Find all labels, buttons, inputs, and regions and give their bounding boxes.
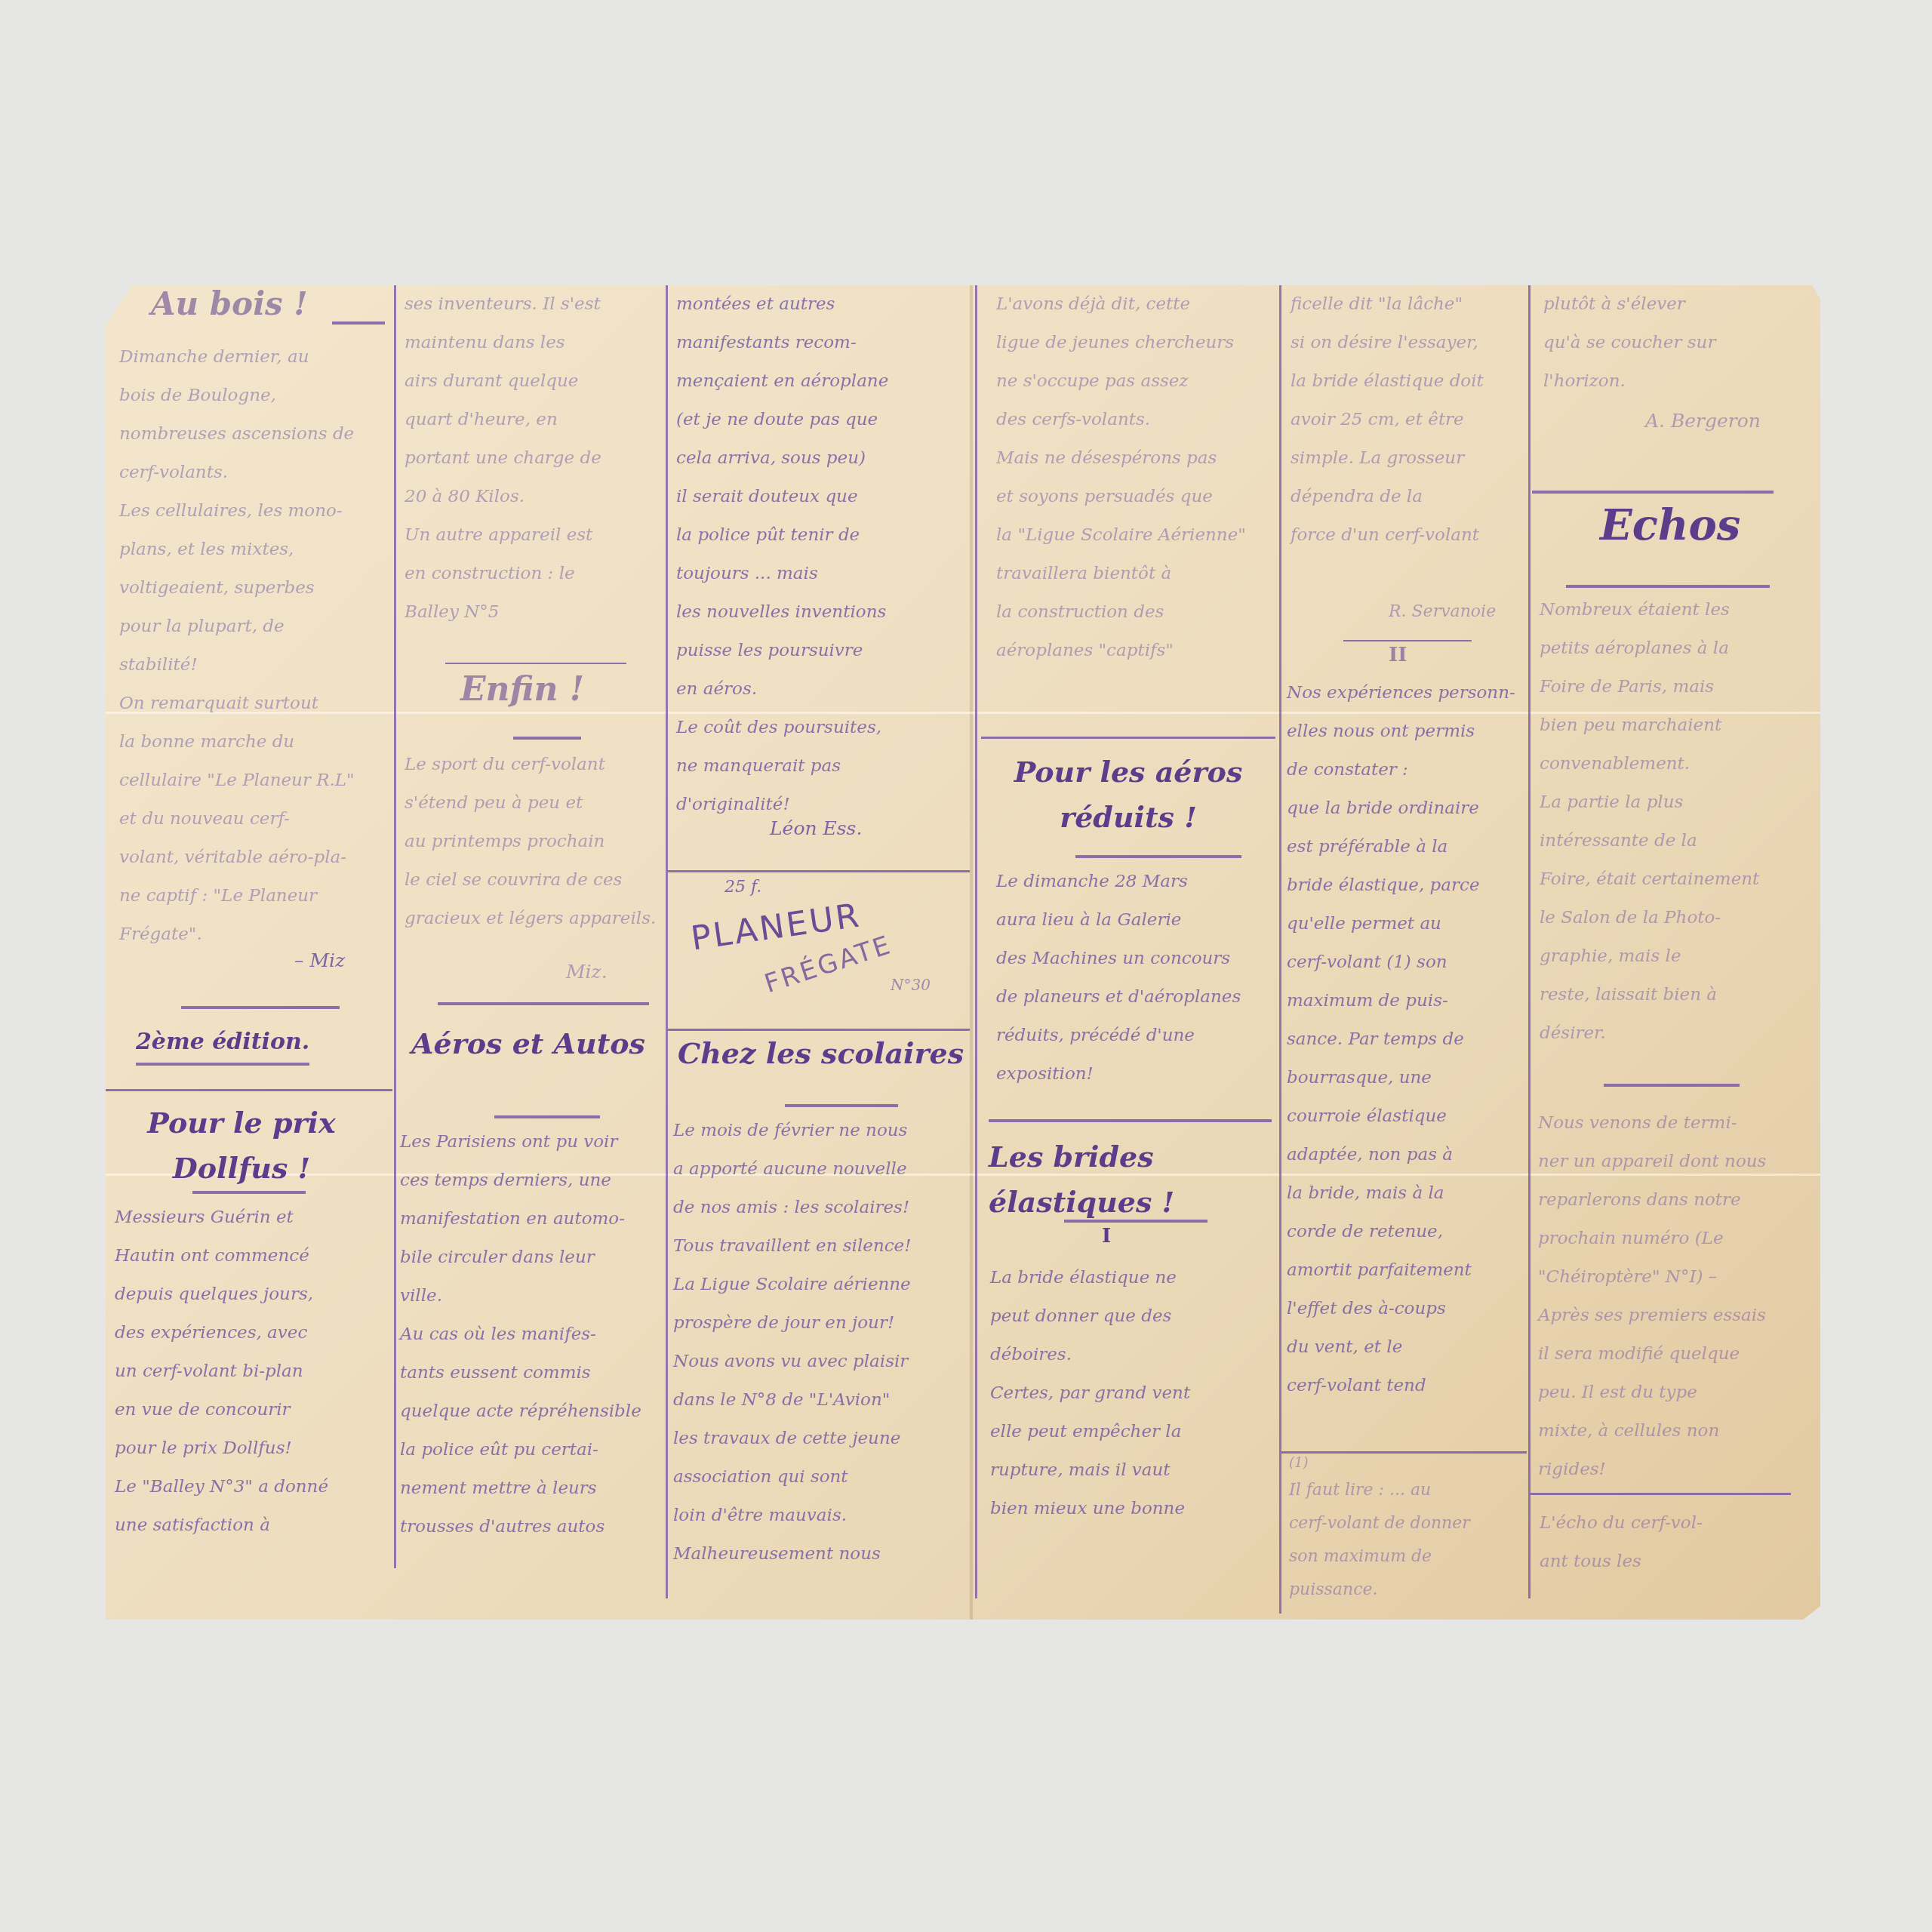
article-title: Pour le prix Dollfus ! [113,1100,370,1191]
section-rule [1604,1084,1740,1087]
advert-price: 25 f. [724,878,761,897]
article-title: Aéros et Autos [404,1021,653,1066]
article-body: ficelle dit "la lâche" si on désire l'es… [1291,285,1524,555]
article-body: ses inventeurs. Il s'est maintenu dans l… [405,285,661,632]
signature: R. Servanoie [1389,602,1496,621]
article-title: Echos [1600,500,1740,550]
article-title: Enfin ! [460,670,584,709]
section-rule [668,1029,970,1031]
column-rule [394,285,396,1568]
signature: – Miz [294,949,345,971]
title-rule [513,737,581,740]
title-rule [332,321,385,325]
article-body: montées et autres manifestants recom- me… [676,285,971,824]
article-body: La bride élastique ne peut donner que de… [990,1259,1273,1528]
section-rule [106,1089,392,1091]
article-body: Nos expériences personn- elles nous ont … [1287,674,1527,1405]
article-body: plutôt à s'élever qu'à se coucher sur l'… [1543,285,1815,401]
title-rule [192,1191,306,1194]
title-rule [1064,1220,1207,1223]
section-rule [1343,640,1472,641]
section-rule [438,1002,649,1005]
signature: Léon Ess. [770,817,862,839]
title-rule [1075,855,1241,858]
column-rule [666,285,668,1598]
column-rule [975,285,977,1598]
footnote-marker: (1) [1289,1455,1309,1471]
article-title: Chez les scolaires [678,1036,964,1070]
article-body: L'avons déjà dit, cette ligue de jeunes … [996,285,1275,670]
article-title: Au bois ! [151,285,308,322]
section-number: I [1102,1225,1111,1247]
article-body: L'écho du cerf-vol- ant tous les [1540,1504,1789,1581]
column-rule [1528,285,1531,1598]
article-title: Pour les aéros réduits ! [985,749,1272,840]
title-rule [1566,585,1770,588]
newsletter-sheet: Au bois ! Dimanche dernier, au bois de B… [106,285,1820,1620]
section-rule [1532,491,1774,494]
title-rule [785,1104,898,1107]
footnote-rule [1281,1451,1527,1454]
section-rule [136,1063,309,1066]
signature: Miz. [566,961,608,983]
section-rule [445,663,626,664]
article-body: Messieurs Guérin et Hautin ont commencé … [115,1198,394,1545]
advert-number: N°30 [891,976,931,994]
title-rule [494,1115,600,1118]
section-rule [989,1119,1272,1122]
edition-label: 2ème édition. [136,1029,309,1055]
section-number: II [1389,644,1407,666]
article-body: Nous venons de termi- ner un appareil do… [1538,1104,1817,1489]
section-rule [1531,1493,1791,1495]
article-body: Le mois de février ne nous a apporté auc… [673,1112,971,1574]
signature: A. Bergeron [1645,410,1761,432]
section-rule [981,737,1275,739]
article-body: Dimanche dernier, au bois de Boulogne, n… [119,338,391,954]
article-body: Le dimanche 28 Mars aura lieu à la Galer… [996,863,1275,1094]
section-rule [181,1006,340,1009]
article-body: Le sport du cerf-volant s'étend peu à pe… [405,746,661,938]
column-rule [1279,285,1281,1614]
footnote-body: Il faut lire : ... au cerf-volant de don… [1289,1474,1523,1607]
article-title: Les brides élastiques ! [989,1134,1268,1225]
article-body: Nombreux étaient les petits aéroplanes à… [1540,591,1811,1053]
article-body: Les Parisiens ont pu voir ces temps dern… [400,1123,664,1546]
section-rule [668,870,970,872]
